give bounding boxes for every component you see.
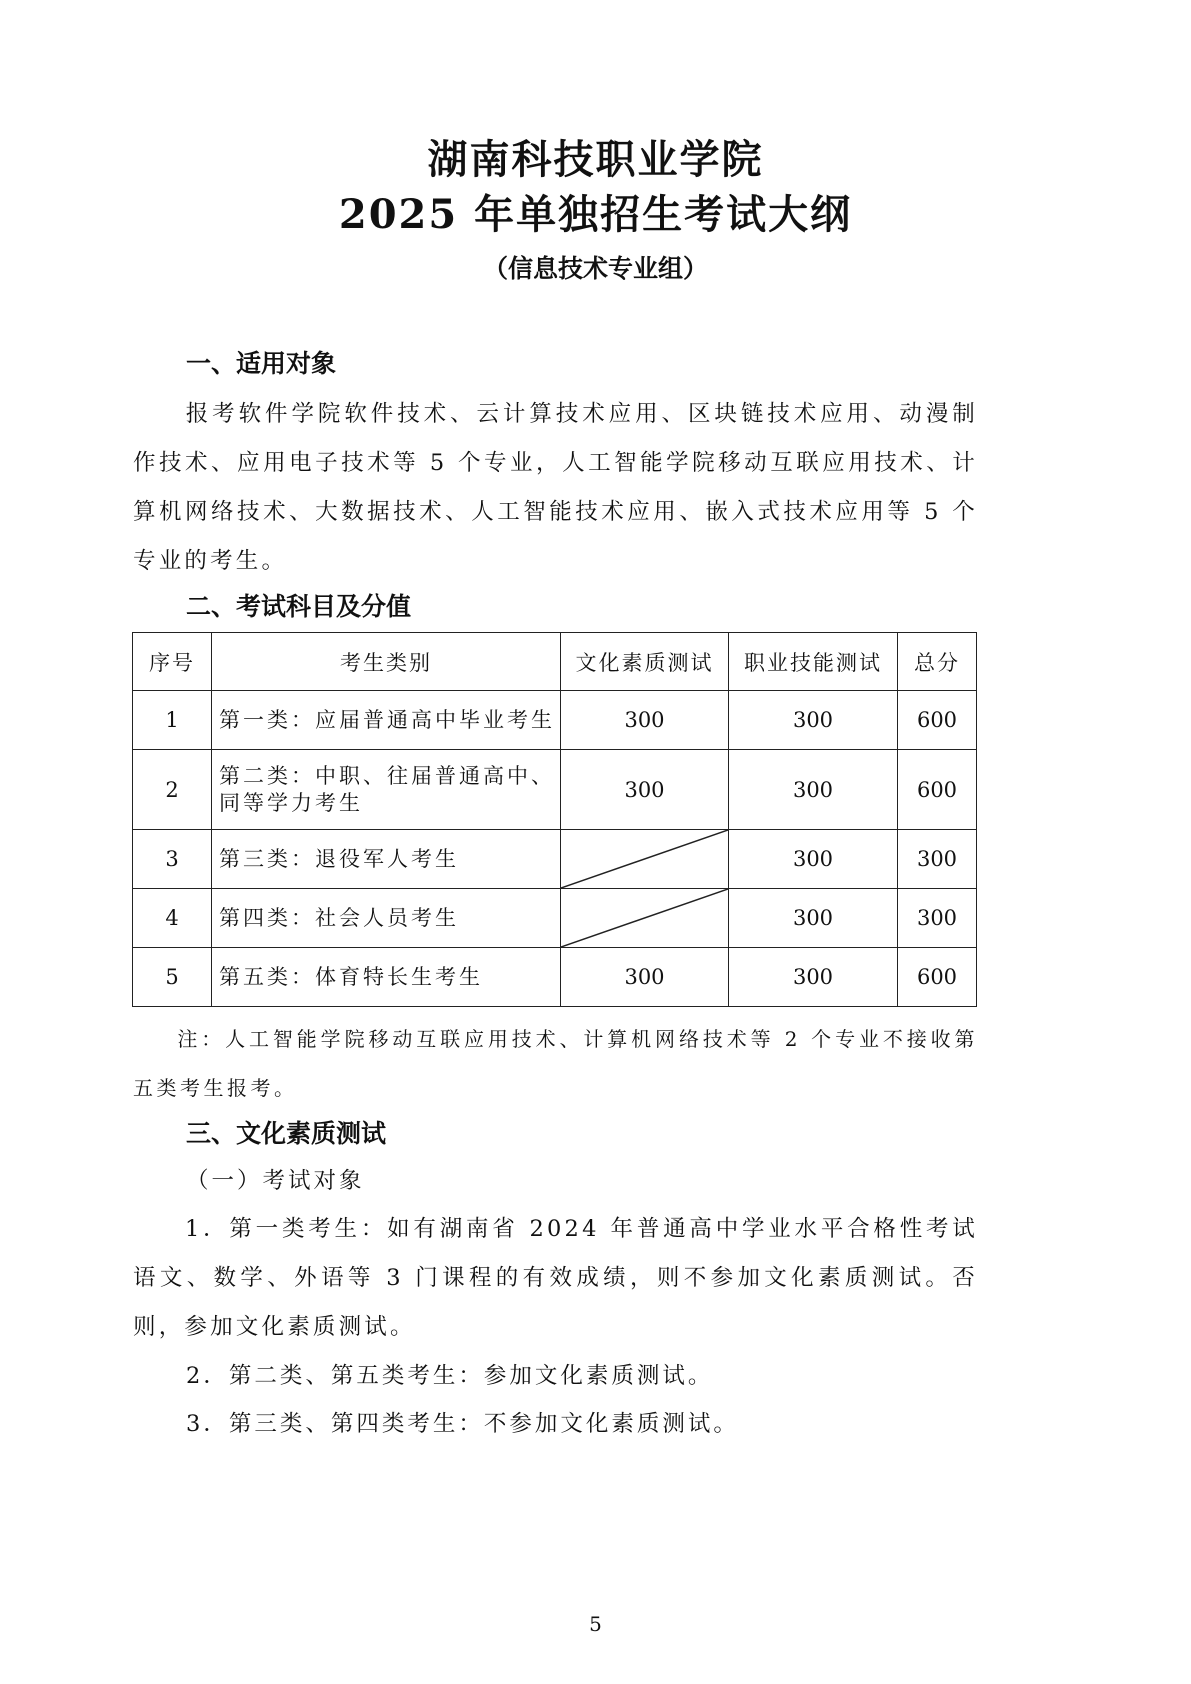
header-culture: 文化素质测试 — [561, 633, 729, 691]
cell-culture-not-applicable — [561, 889, 729, 948]
cell-total: 300 — [898, 889, 977, 948]
cell-total: 600 — [898, 948, 977, 1007]
cell-skill: 300 — [729, 691, 898, 750]
cell-no: 2 — [133, 750, 212, 830]
cell-category: 第五类：体育特长生考生 — [212, 948, 561, 1007]
cell-skill: 300 — [729, 889, 898, 948]
cell-total: 600 — [898, 691, 977, 750]
table-row: 3 第三类：退役军人考生 300 300 — [133, 830, 977, 889]
cell-category: 第四类：社会人员考生 — [212, 889, 561, 948]
section-heading-subjects: 二、考试科目及分值 — [186, 590, 411, 624]
list-item-3: 3．第三类、第四类考生：不参加文化素质测试。 — [186, 1407, 739, 1441]
cell-culture: 300 — [561, 691, 729, 750]
cell-no: 5 — [133, 948, 212, 1007]
cell-culture-not-applicable — [561, 830, 729, 889]
cell-category: 第三类：退役军人考生 — [212, 830, 561, 889]
table-note: 注：人工智能学院移动互联应用技术、计算机网络技术等 2 个专业不接收第五类考生报… — [133, 1015, 978, 1113]
note-text: 注：人工智能学院移动互联应用技术、计算机网络技术等 2 个专业不接收第五类考生报… — [133, 1027, 978, 1100]
item-1-text: 1．第一类考生：如有湖南省 2024 年普通高中学业水平合格性考试语文、数学、外… — [133, 1216, 978, 1340]
cell-skill: 300 — [729, 830, 898, 889]
cell-category: 第二类：中职、往届普通高中、同等学力考生 — [212, 750, 561, 830]
list-item-2: 2．第二类、第五类考生：参加文化素质测试。 — [186, 1359, 713, 1393]
diagonal-slash-icon — [561, 889, 728, 947]
header-skill: 职业技能测试 — [729, 633, 898, 691]
table-row: 5 第五类：体育特长生考生 300 300 600 — [133, 948, 977, 1007]
list-item-1: 1．第一类考生：如有湖南省 2024 年普通高中学业水平合格性考试语文、数学、外… — [133, 1205, 978, 1352]
cell-skill: 300 — [729, 750, 898, 830]
applicable-text: 报考软件学院软件技术、云计算技术应用、区块链技术应用、动漫制作技术、应用电子技术… — [133, 401, 978, 574]
document-title-line1: 湖南科技职业学院 — [0, 135, 1191, 185]
section-body-applicable: 报考软件学院软件技术、云计算技术应用、区块链技术应用、动漫制作技术、应用电子技术… — [133, 390, 978, 586]
document-subtitle: （信息技术专业组） — [0, 252, 1191, 286]
table-row: 4 第四类：社会人员考生 300 300 — [133, 889, 977, 948]
diagonal-slash-icon — [561, 830, 728, 888]
header-total: 总分 — [898, 633, 977, 691]
header-no: 序号 — [133, 633, 212, 691]
cell-category: 第一类：应届普通高中毕业考生 — [212, 691, 561, 750]
table-row: 1 第一类：应届普通高中毕业考生 300 300 600 — [133, 691, 977, 750]
table-row: 2 第二类：中职、往届普通高中、同等学力考生 300 300 600 — [133, 750, 977, 830]
document-title-line2: 2025 年单独招生考试大纲 — [0, 190, 1191, 240]
section-heading-applicable: 一、适用对象 — [186, 347, 336, 381]
cell-no: 1 — [133, 691, 212, 750]
cell-no: 3 — [133, 830, 212, 889]
cell-total: 300 — [898, 830, 977, 889]
table-header-row: 序号 考生类别 文化素质测试 职业技能测试 总分 — [133, 633, 977, 691]
section-heading-culture-test: 三、文化素质测试 — [186, 1117, 386, 1151]
cell-no: 4 — [133, 889, 212, 948]
subsection-heading-exam-targets: （一）考试对象 — [186, 1164, 365, 1198]
page-number: 5 — [0, 1612, 1191, 1636]
cell-skill: 300 — [729, 948, 898, 1007]
cell-total: 600 — [898, 750, 977, 830]
header-category: 考生类别 — [212, 633, 561, 691]
cell-culture: 300 — [561, 750, 729, 830]
scores-table: 序号 考生类别 文化素质测试 职业技能测试 总分 1 第一类：应届普通高中毕业考… — [132, 632, 977, 1007]
cell-culture: 300 — [561, 948, 729, 1007]
